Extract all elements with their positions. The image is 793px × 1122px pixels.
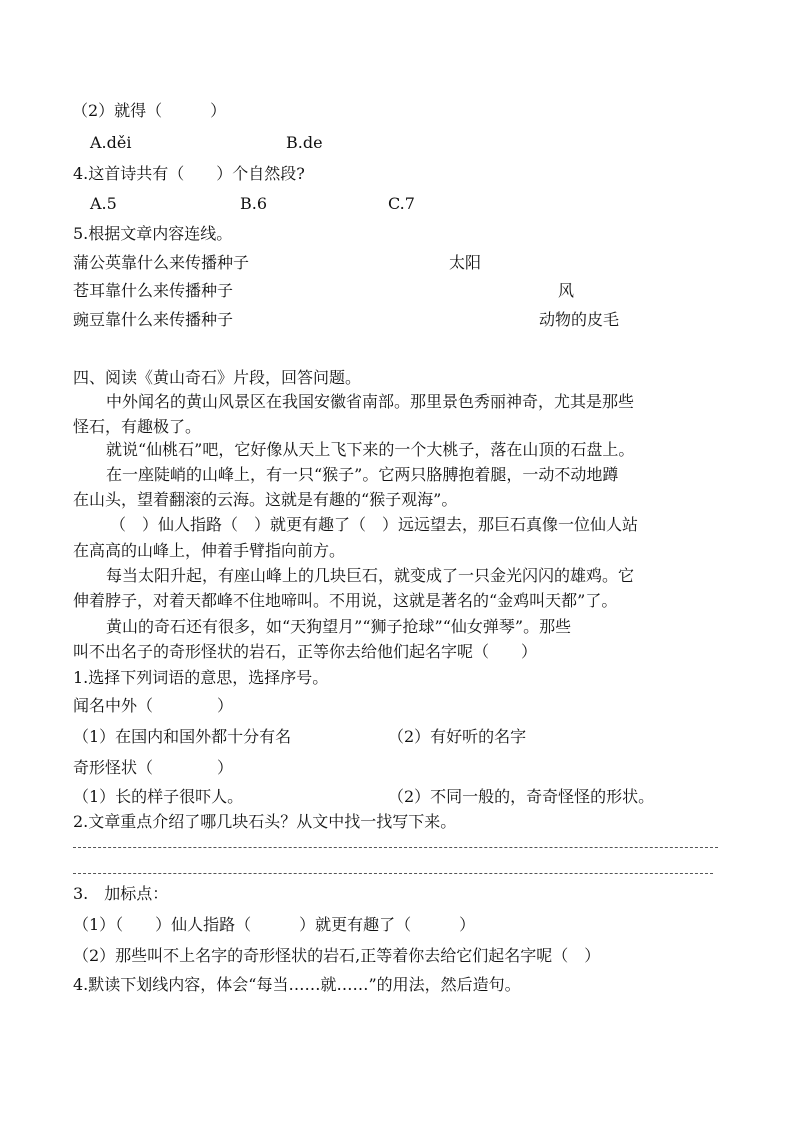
match-left-item: 蒲公英靠什么来传播种子 [73,253,249,273]
punctuation-item: （2）那些叫不上名字的奇形怪状的岩石,正等着你去给它们起名字呢（ ） [73,946,600,966]
passage-line: 在高高的山峰上，伸着手臂指向前方。 [73,541,345,561]
question-prompt: 4.这首诗共有（ ）个自然段? [73,164,305,184]
question-prompt: 2.文章重点介绍了哪几块石头？从文中找一找写下来。 [73,812,456,832]
passage-line: 在山头，望着翻滚的云海。这就是有趣的“猴子观海”。 [73,490,457,510]
answer-line[interactable] [73,873,713,874]
option-c: C.7 [388,194,415,214]
passage-line: 黄山的奇石还有很多，如“天狗望月”“狮子抢球”“仙女弹琴”。那些 [106,617,571,637]
question-prompt: 5.根据文章内容连线。 [73,224,232,244]
passage-line: 叫不出名子的奇形怪状的岩石，正等你去给他们起名字呢（ ） [73,642,537,662]
match-left-item: 苍耳靠什么来传播种子 [73,281,233,301]
passage-line: 怪石，有趣极了。 [73,417,201,437]
option-a: A.5 [90,194,117,214]
question-prompt: 1.选择下列词语的意思，选择序号。 [73,668,328,688]
passage-line: 伸着脖子，对着天都峰不住地啼叫。不用说，这就是著名的“金鸡叫天都”了。 [73,591,617,611]
term: 闻名中外（ ） [73,696,233,716]
section-heading: 四、阅读《黄山奇石》片段，回答问题。 [73,368,361,388]
match-right-item: 动物的皮毛 [539,310,619,330]
term-option: （1）在国内和国外都十分有名 [73,727,291,747]
match-left-item: 豌豆靠什么来传播种子 [73,310,233,330]
question-prompt: 4.默读下划线内容，体会“每当……就……”的用法，然后造句。 [73,975,521,995]
answer-line[interactable] [73,847,718,848]
question-prompt: 3. 加标点： [73,884,168,904]
passage-line: 每当太阳升起，有座山峰上的几块巨石，就变成了一只金光闪闪的雄鸡。它 [106,566,634,586]
question-prompt: （2）就得（ ） [72,101,226,121]
punctuation-item: （1）（ ）仙人指路（ ）就更有趣了（ ） [73,915,475,935]
match-right-item: 风 [558,281,574,301]
option-b: B.de [286,133,323,153]
term: 奇形怪状（ ） [73,758,233,778]
option-a: A.děi [90,133,131,153]
term-option: （1）长的样子很吓人。 [73,787,243,807]
passage-line: 在一座陡峭的山峰上，有一只“猴子”。它两只胳膊抱着腿，一动不动地蹲 [106,465,618,485]
passage-line: 就说“仙桃石”吧，它好像从天上飞下来的一个大桃子，落在山顶的石盘上。 [106,440,634,460]
option-b: B.6 [240,194,267,214]
passage-line: 中外闻名的黄山风景区在我国安徽省南部。那里景色秀丽神奇，尤其是那些 [106,392,634,412]
passage-line: （ ）仙人指路（ ）就更有趣了（ ）远远望去，那巨石真像一位仙人站 [110,515,638,535]
term-option: （2）不同一般的，奇奇怪怪的形状。 [388,787,654,807]
match-right-item: 太阳 [449,253,481,273]
term-option: （2）有好听的名字 [388,727,526,747]
